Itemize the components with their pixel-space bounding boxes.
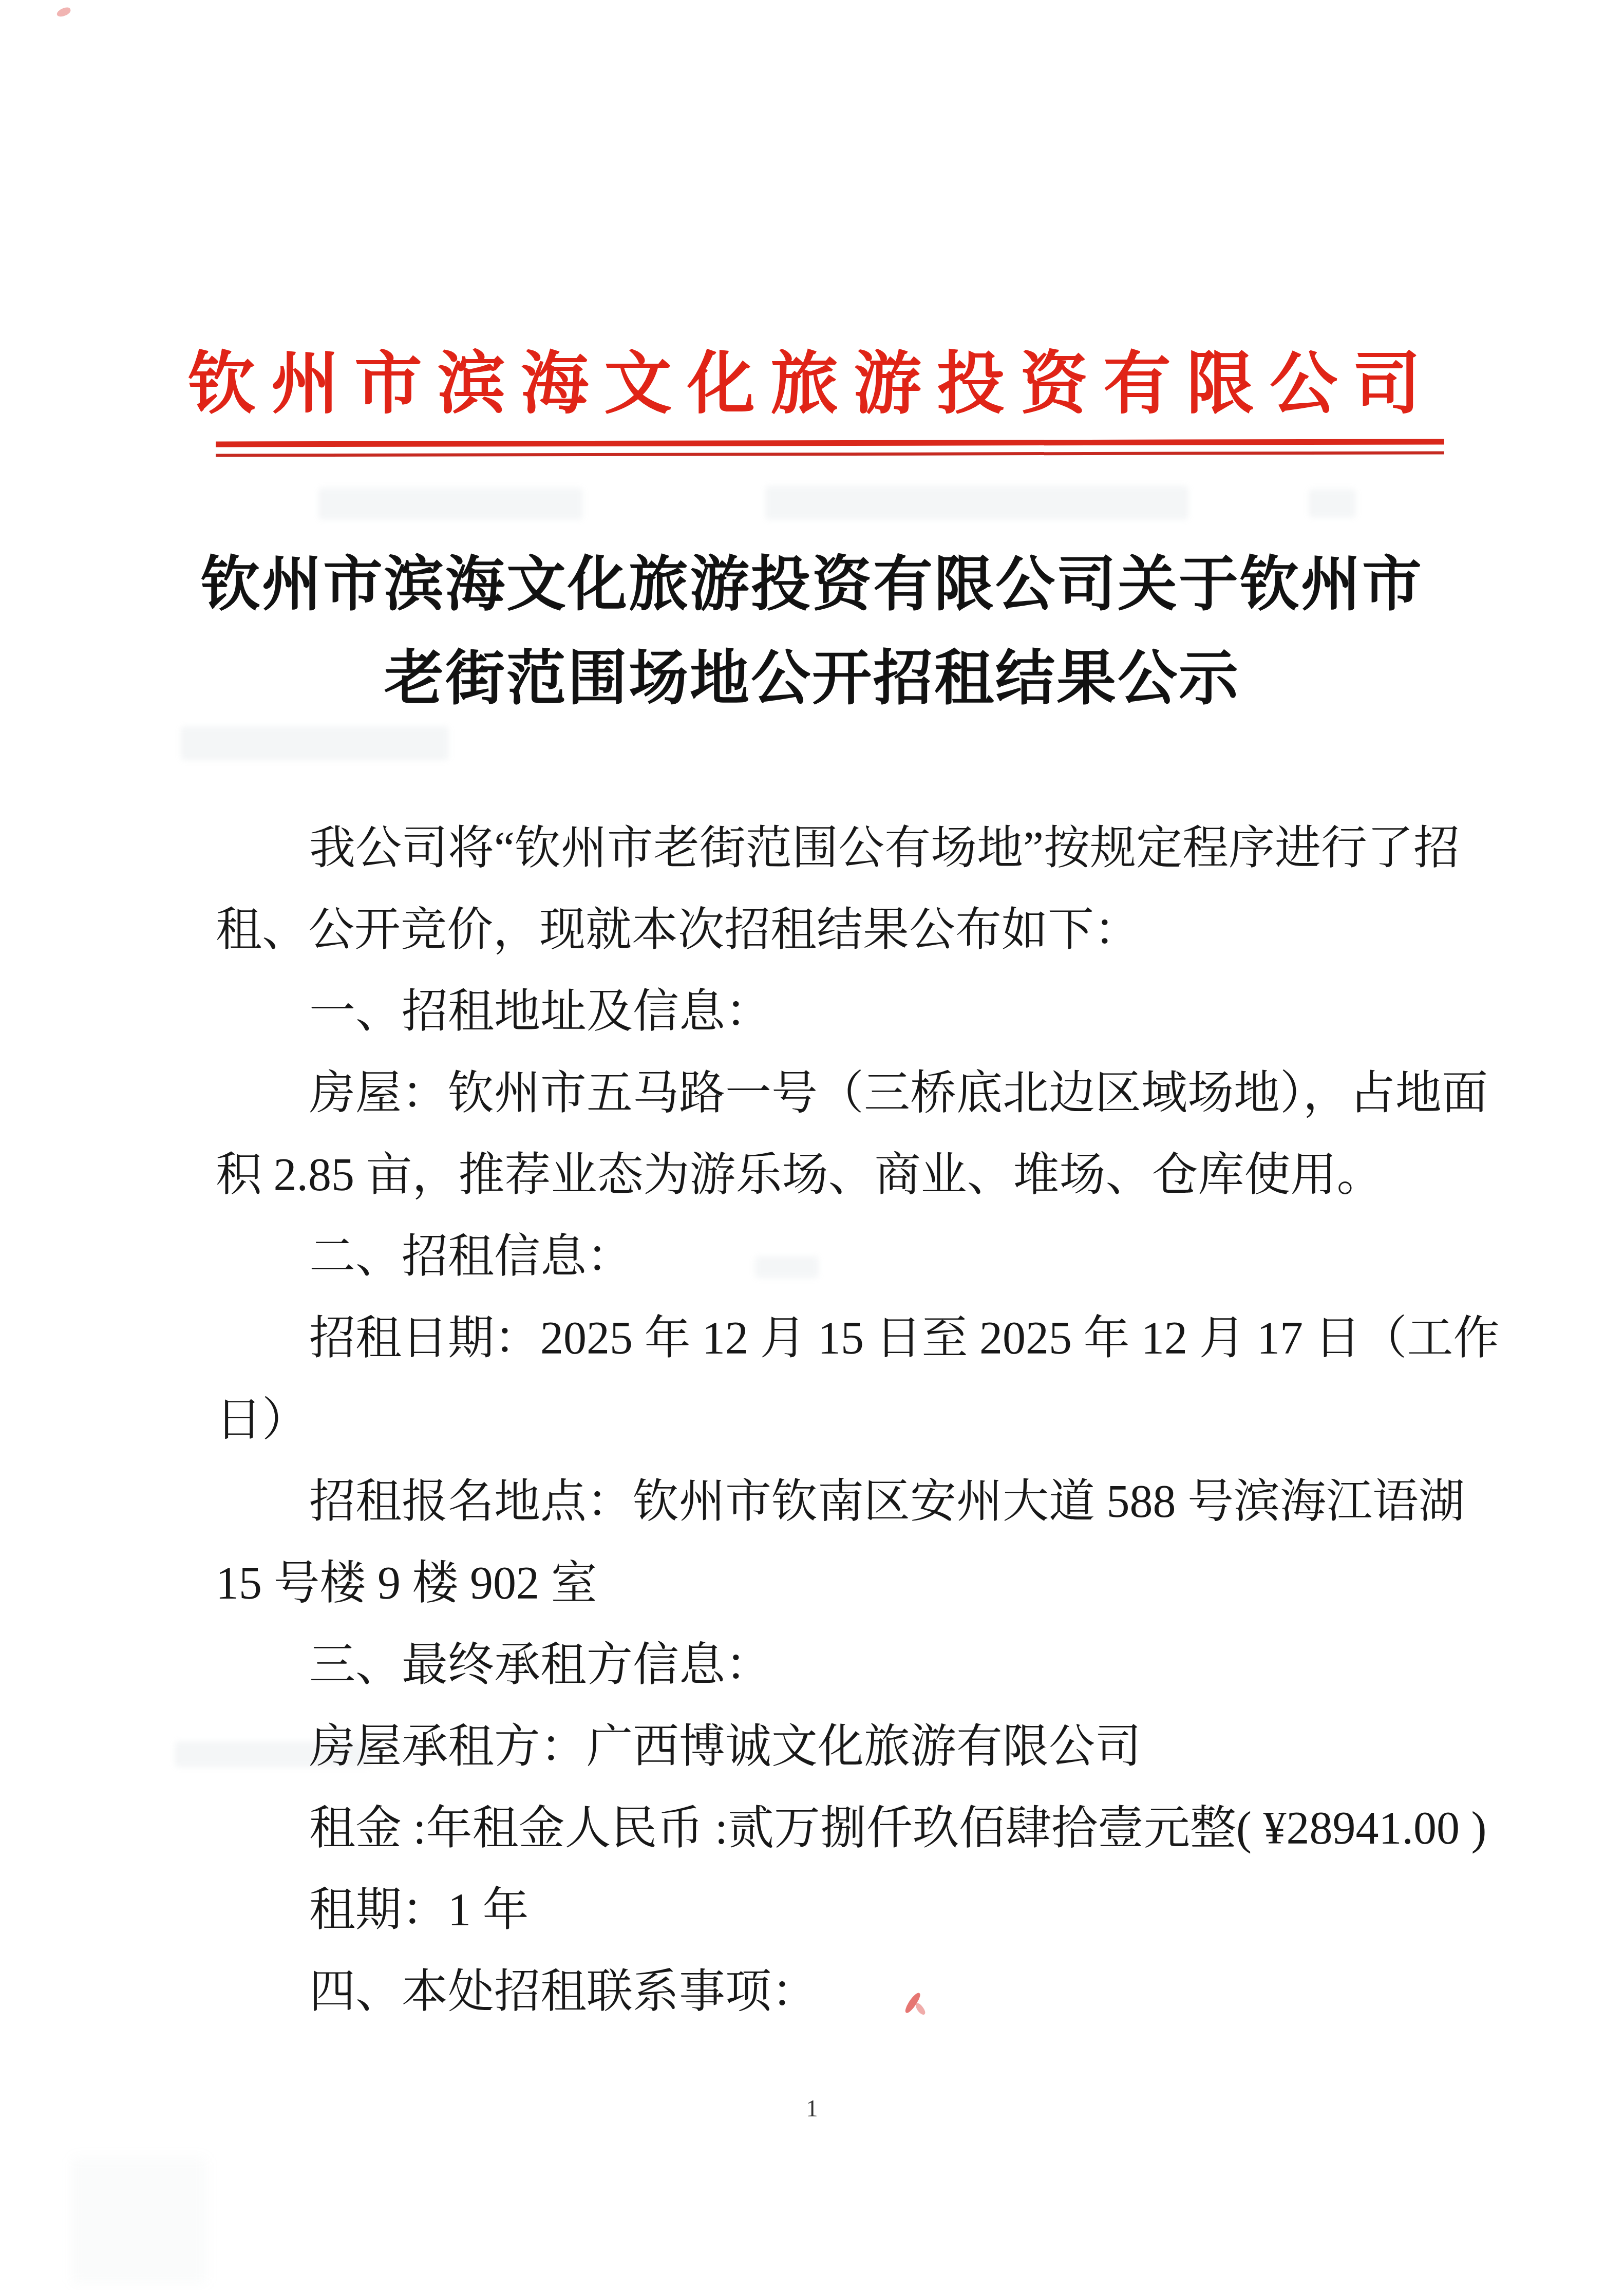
document-page: 钦州市滨海文化旅游投资有限公司 钦州市滨海文化旅游投资有限公司关于钦州市 老街范… [0, 0, 1624, 2290]
scan-artifact [318, 488, 583, 520]
scan-artifact [181, 726, 449, 760]
body-line-section-2: 二、招租信息： [216, 1216, 1444, 1298]
company-letterhead: 钦州市滨海文化旅游投资有限公司 [0, 345, 1624, 422]
scan-artifact [765, 486, 1188, 520]
body-line: 租、公开竞价，现就本次招租结果公布如下： [216, 889, 1444, 971]
body-line-section-1: 一、招租地址及信息： [216, 971, 1444, 1053]
body-line: 招租日期：2025 年 12 月 15 日至 2025 年 12 月 17 日（… [216, 1298, 1444, 1379]
body-line: 房屋：钦州市五马路一号（三桥底北边区域场地），占地面 [216, 1053, 1444, 1134]
scan-artifact [72, 2157, 206, 2284]
letterhead-rule-thin [216, 451, 1444, 457]
body-line: 积 2.85 亩，推荐业态为游乐场、商业、堆场、仓库使用。 [216, 1134, 1444, 1216]
body-line: 日） [216, 1379, 1444, 1461]
document-body: 我公司将“钦州市老街范围公有场地”按规定程序进行了招 租、公开竞价，现就本次招租… [216, 808, 1444, 2033]
document-title: 钦州市滨海文化旅游投资有限公司关于钦州市 老街范围场地公开招租结果公示 [123, 537, 1501, 725]
body-line: 我公司将“钦州市老街范围公有场地”按规定程序进行了招 [216, 808, 1444, 889]
body-line-section-4: 四、本处招租联系事项： [216, 1951, 1444, 2033]
body-line: 房屋承租方：广西博诚文化旅游有限公司 [216, 1706, 1444, 1788]
page-number: 1 [0, 2095, 1624, 2122]
document-title-line2: 老街范围场地公开招租结果公示 [123, 631, 1501, 725]
scan-artifact [1309, 489, 1356, 518]
body-line: 15 号楼 9 楼 902 室 [216, 1543, 1444, 1624]
body-line: 租期：1 年 [216, 1869, 1444, 1951]
body-line: 租金 :年租金人民币 :贰万捌仟玖佰肆拾壹元整( ¥28941.00 ) [216, 1788, 1444, 1869]
scan-artifact-red [55, 6, 71, 18]
document-title-line1: 钦州市滨海文化旅游投资有限公司关于钦州市 [123, 537, 1501, 631]
body-line-section-3: 三、最终承租方信息： [216, 1624, 1444, 1706]
letterhead-rule-thick [216, 439, 1444, 447]
body-line: 招租报名地点：钦州市钦南区安州大道 588 号滨海江语湖 [216, 1461, 1444, 1543]
